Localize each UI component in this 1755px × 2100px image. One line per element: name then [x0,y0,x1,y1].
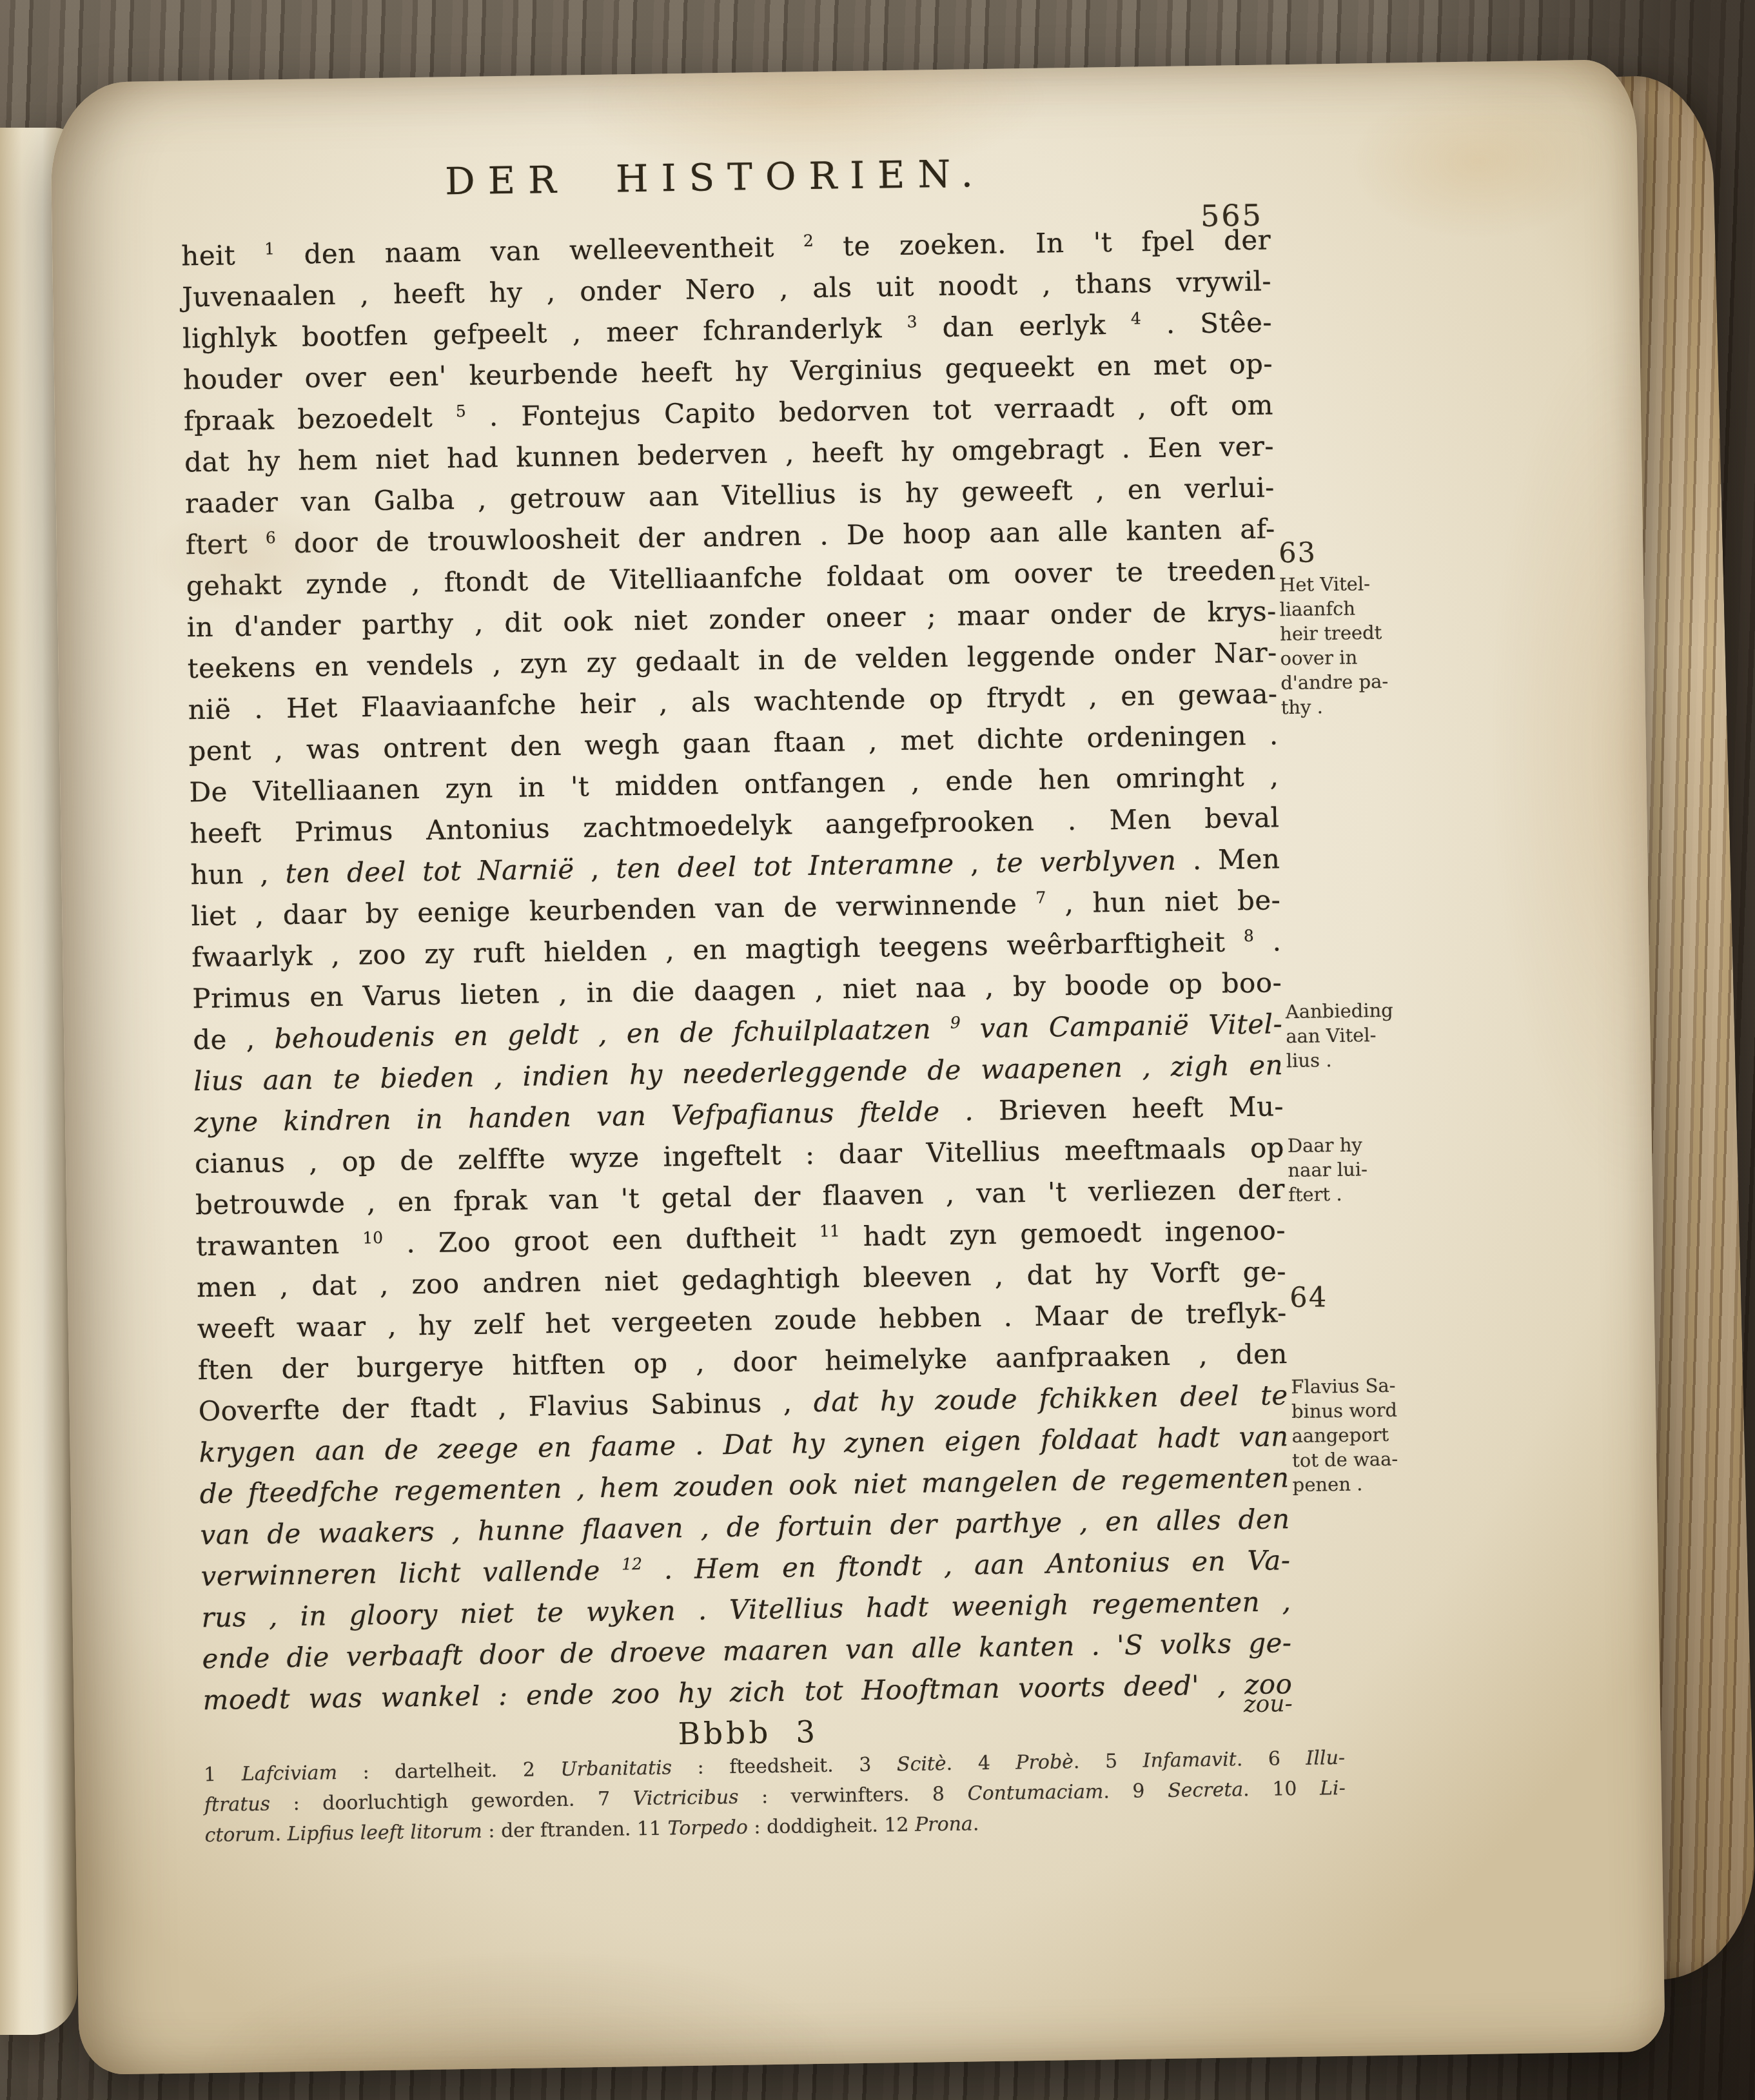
margin-note-line: binus word [1291,1397,1479,1424]
page-title: DER HISTORIEN. [445,152,986,203]
margin-note-line: heir treedt [1280,619,1467,646]
margin-note-vitellian-army: Het Vitel-liaanfchheir treedtoover ind'a… [1279,570,1468,720]
margin-note-offer-to-vitellius: Aanbiedingaan Vitel-lius . [1286,997,1474,1073]
margin-note-line: Aanbieding [1286,997,1473,1024]
margin-note-line: Flavius Sa- [1291,1372,1478,1399]
margin-note-line: oover in [1280,643,1467,671]
page-content: DER HISTORIEN. 565 heit 1 den naam van w… [50,59,1665,2075]
margin-note-line: aangeport [1291,1421,1479,1448]
running-head: DER HISTORIEN. [186,148,1244,207]
margin-note-line: lius . [1286,1046,1474,1073]
margin-note-line: naar lui- [1288,1155,1475,1182]
margin-note-line: Het Vitel- [1279,570,1467,597]
margin-note-line: penen . [1292,1470,1480,1497]
margin-section-number-64: 64 [1289,1281,1477,1313]
margin-note-line: ftert . [1288,1180,1476,1207]
margin-note-line: d'andre pa- [1280,668,1468,695]
photo-background: DER HISTORIEN. 565 heit 1 den naam van w… [0,0,1755,2100]
margin-note-he-listens: Daar hynaar lui-ftert . [1288,1131,1476,1207]
footnotes-block: 1 Lafciviam : dartelheit. 2 Urbanitatis … [204,1743,1346,1850]
margin-note-flavius-sabinus: Flavius Sa-binus wordaangeporttot de waa… [1291,1372,1480,1497]
margin-note-line: aan Vitel- [1286,1021,1473,1048]
margin-section-number-63: 63 [1279,536,1466,568]
margin-note-line: thy . [1281,692,1469,720]
body-text-block: heit 1 den naam van welleeventheit 2 te … [181,219,1293,1721]
book-page: DER HISTORIEN. 565 heit 1 den naam van w… [50,59,1665,2075]
margin-note-line: Daar hy [1288,1131,1475,1158]
margin-note-line: tot de waa- [1292,1446,1480,1473]
margin-note-line: liaanfch [1279,594,1467,622]
